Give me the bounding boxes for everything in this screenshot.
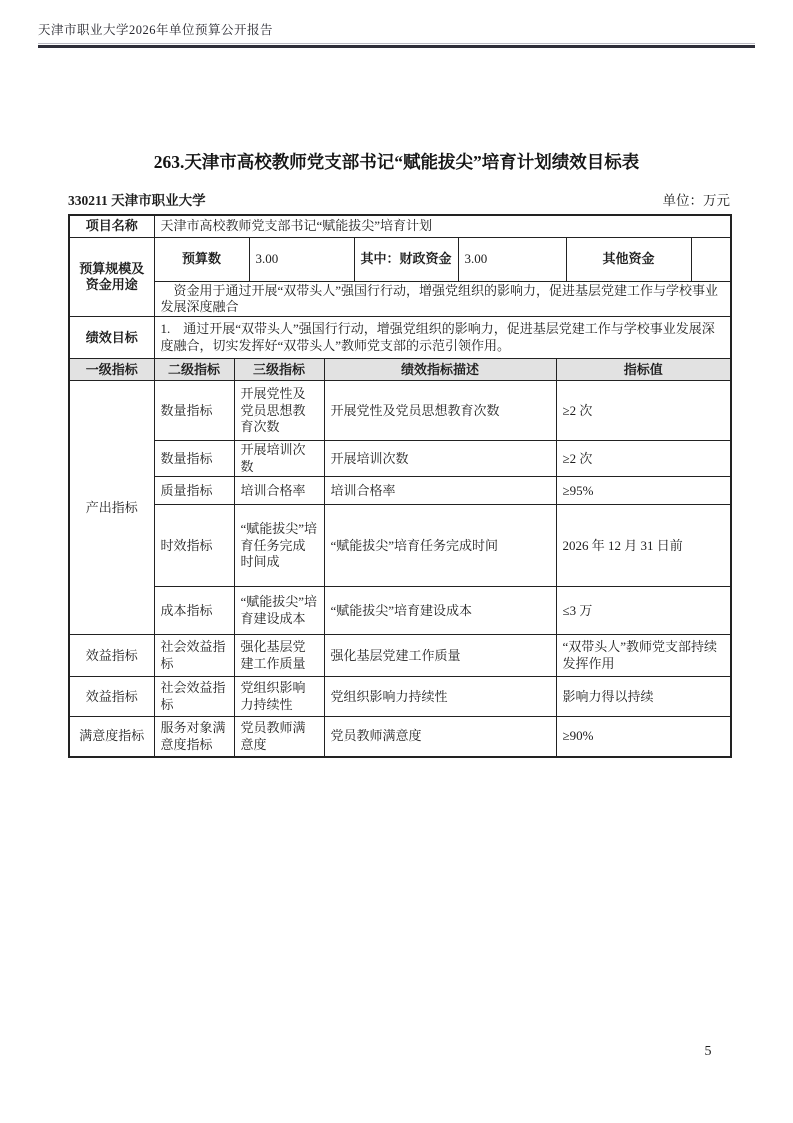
page-title: 263.天津市高校教师党支部书记“赋能拔尖”培育计划绩效目标表 (0, 149, 793, 174)
other-funds-value (691, 237, 731, 281)
indicator-description: “赋能拔尖”培育任务完成时间 (324, 505, 556, 587)
budget-section-label: 预算规模及资金用途 (69, 237, 154, 317)
level1-indicator: 效益指标 (69, 677, 154, 717)
table-row: 数量指标 开展培训次数 开展培训次数 ≥2 次 (69, 441, 731, 477)
fiscal-funds-value: 3.00 (458, 237, 566, 281)
indicator-value: ≥2 次 (556, 381, 731, 441)
document-page: 天津市职业大学2026年单位预算公开报告 263.天津市高校教师党支部书记“赋能… (0, 0, 793, 1123)
col-header-desc: 绩效指标描述 (324, 359, 556, 381)
table-row: 资金用于通过开展“双带头人”强国行行动，增强党组织的影响力，促进基层党建工作与学… (69, 281, 731, 317)
level2-indicator: 社会效益指标 (154, 677, 234, 717)
level3-indicator: 开展党性及党员思想教育次数 (234, 381, 324, 441)
level2-indicator: 时效指标 (154, 505, 234, 587)
indicator-value: “双带头人”教师党支部持续发挥作用 (556, 635, 731, 677)
level3-indicator: 开展培训次数 (234, 441, 324, 477)
col-header-level3: 三级指标 (234, 359, 324, 381)
indicator-value: 影响力得以持续 (556, 677, 731, 717)
table-row: 绩效目标 1. 通过开展“双带头人”强国行行动，增强党组织的影响力，促进基层党建… (69, 317, 731, 359)
level1-indicator: 产出指标 (69, 381, 154, 635)
fiscal-funds-label: 其中：财政资金 (354, 237, 458, 281)
level1-indicator: 效益指标 (69, 635, 154, 677)
level2-indicator: 数量指标 (154, 441, 234, 477)
table-row: 效益指标 社会效益指标 党组织影响力持续性 党组织影响力持续性 影响力得以持续 (69, 677, 731, 717)
col-header-level1: 一级指标 (69, 359, 154, 381)
org-code-name: 330211 天津市职业大学 (68, 189, 206, 209)
level3-indicator: 党员教师满意度 (234, 717, 324, 757)
level3-indicator: 强化基层党建工作质量 (234, 635, 324, 677)
table-row: 质量指标 培训合格率 培训合格率 ≥95% (69, 477, 731, 505)
table-row: 满意度指标 服务对象满意度指标 党员教师满意度 党员教师满意度 ≥90% (69, 717, 731, 757)
other-funds-label: 其他资金 (566, 237, 691, 281)
indicator-value: ≥95% (556, 477, 731, 505)
funds-usage-text: 资金用于通过开展“双带头人”强国行行动，增强党组织的影响力，促进基层党建工作与学… (154, 281, 731, 317)
meta-row: 330211 天津市职业大学 单位：万元 (68, 189, 730, 209)
performance-target-table: 项目名称 天津市高校教师党支部书记“赋能拔尖”培育计划 预算规模及资金用途 预算… (68, 214, 732, 758)
level1-indicator: 满意度指标 (69, 717, 154, 757)
level2-indicator: 服务对象满意度指标 (154, 717, 234, 757)
col-header-level2: 二级指标 (154, 359, 234, 381)
indicator-value: ≥90% (556, 717, 731, 757)
header-rule (38, 43, 755, 48)
indicator-header-row: 一级指标 二级指标 三级指标 绩效指标描述 指标值 (69, 359, 731, 381)
indicator-value: ≤3 万 (556, 587, 731, 635)
indicator-description: 强化基层党建工作质量 (324, 635, 556, 677)
indicator-description: 开展党性及党员思想教育次数 (324, 381, 556, 441)
page-number: 5 (690, 1044, 726, 1060)
col-header-value: 指标值 (556, 359, 731, 381)
indicator-description: 党组织影响力持续性 (324, 677, 556, 717)
goal-label: 绩效目标 (69, 317, 154, 359)
project-name-value: 天津市高校教师党支部书记“赋能拔尖”培育计划 (154, 215, 731, 237)
level2-indicator: 成本指标 (154, 587, 234, 635)
indicator-description: 培训合格率 (324, 477, 556, 505)
indicator-value: ≥2 次 (556, 441, 731, 477)
table-row: 产出指标 数量指标 开展党性及党员思想教育次数 开展党性及党员思想教育次数 ≥2… (69, 381, 731, 441)
indicator-description: 开展培训次数 (324, 441, 556, 477)
budget-value: 3.00 (249, 237, 354, 281)
indicator-value: 2026 年 12 月 31 日前 (556, 505, 731, 587)
indicator-description: “赋能拔尖”培育建设成本 (324, 587, 556, 635)
budget-label: 预算数 (154, 237, 249, 281)
table-row: 项目名称 天津市高校教师党支部书记“赋能拔尖”培育计划 (69, 215, 731, 237)
header-report-title: 天津市职业大学2026年单位预算公开报告 (38, 20, 755, 38)
level2-indicator: 社会效益指标 (154, 635, 234, 677)
table-row: 效益指标 社会效益指标 强化基层党建工作质量 强化基层党建工作质量 “双带头人”… (69, 635, 731, 677)
project-name-label: 项目名称 (69, 215, 154, 237)
level2-indicator: 质量指标 (154, 477, 234, 505)
document-header: 天津市职业大学2026年单位预算公开报告 (38, 20, 755, 48)
indicator-description: 党员教师满意度 (324, 717, 556, 757)
level3-indicator: “赋能拔尖”培育建设成本 (234, 587, 324, 635)
unit-label: 单位：万元 (663, 189, 731, 209)
goal-text: 1. 通过开展“双带头人”强国行行动，增强党组织的影响力，促进基层党建工作与学校… (154, 317, 731, 359)
table-row: 时效指标 “赋能拔尖”培育任务完成时间成 “赋能拔尖”培育任务完成时间 2026… (69, 505, 731, 587)
level2-indicator: 数量指标 (154, 381, 234, 441)
table-row: 预算规模及资金用途 预算数 3.00 其中：财政资金 3.00 其他资金 (69, 237, 731, 281)
level3-indicator: “赋能拔尖”培育任务完成时间成 (234, 505, 324, 587)
level3-indicator: 培训合格率 (234, 477, 324, 505)
level3-indicator: 党组织影响力持续性 (234, 677, 324, 717)
table-row: 成本指标 “赋能拔尖”培育建设成本 “赋能拔尖”培育建设成本 ≤3 万 (69, 587, 731, 635)
